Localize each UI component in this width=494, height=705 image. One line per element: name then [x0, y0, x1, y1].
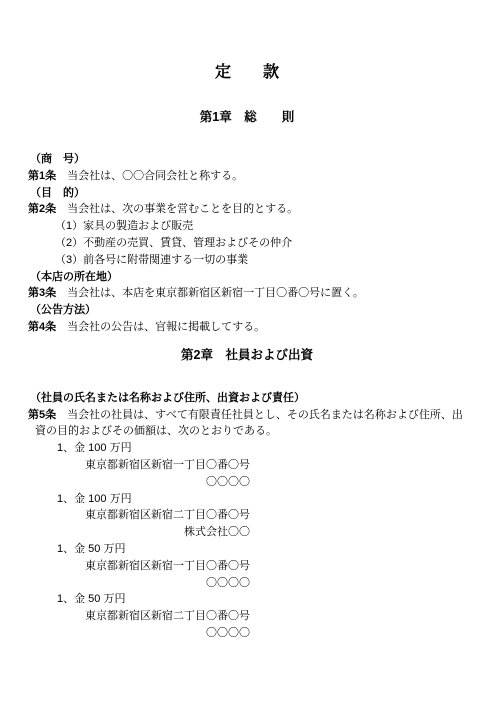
public-notice-caption: （公告方法） [30, 302, 494, 319]
article-5: 第5条当会社の社員は、すべて有限責任社員とし、その氏名または名称および住所、出資… [28, 407, 470, 441]
member-entry-2: 1、金 100 万円 東京都新宿区新宿二丁目〇番〇号 株式会社〇〇 [0, 491, 494, 541]
chapter1-heading: 第1章 総 則 [0, 110, 494, 125]
article-4-number: 第4条 [28, 321, 56, 333]
member-entry-1: 1、金 100 万円 東京都新宿区新宿一丁目〇番〇号 〇〇〇〇 [0, 440, 494, 490]
member-3-name: 〇〇〇〇 [85, 575, 250, 592]
member-2-details: 東京都新宿区新宿二丁目〇番〇号 株式会社〇〇 [85, 507, 250, 541]
trade-name-caption: （商 号） [30, 151, 494, 168]
member-4-address: 東京都新宿区新宿二丁目〇番〇号 [85, 608, 250, 625]
member-entry-4: 1、金 50 万円 東京都新宿区新宿二丁目〇番〇号 〇〇〇〇 [0, 591, 494, 641]
article-1-number: 第1条 [28, 170, 56, 182]
article-2: 第2条当会社は、次の事業を営むことを目的とする。 [28, 201, 470, 218]
member-2-name: 株式会社〇〇 [85, 524, 250, 541]
document-title: 定 款 [0, 63, 494, 83]
document-page: 定 款 第1章 総 則 （商 号） 第1条当会社は、〇〇合同会社と称する。 （目… [0, 0, 494, 705]
member-4-name: 〇〇〇〇 [85, 625, 250, 642]
member-4-details: 東京都新宿区新宿二丁目〇番〇号 〇〇〇〇 [85, 608, 250, 642]
member-1-contribution: 1、金 100 万円 [57, 440, 494, 457]
member-2-address: 東京都新宿区新宿二丁目〇番〇号 [85, 507, 250, 524]
member-entry-3: 1、金 50 万円 東京都新宿区新宿一丁目〇番〇号 〇〇〇〇 [0, 541, 494, 591]
article-5-text: 当会社の社員は、すべて有限責任社員とし、その氏名または名称および住所、出資の目的… [35, 409, 463, 438]
article-1-text: 当会社は、〇〇合同会社と称する。 [67, 170, 243, 182]
purpose-item-1: （1）家具の製造および販売 [55, 218, 494, 235]
member-3-details: 東京都新宿区新宿一丁目〇番〇号 〇〇〇〇 [85, 558, 250, 592]
article-5-number: 第5条 [28, 409, 56, 421]
article-3-text: 当会社は、本店を東京都新宿区新宿一丁目〇番〇号に置く。 [67, 287, 364, 299]
member-1-name: 〇〇〇〇 [85, 474, 250, 491]
article-2-text: 当会社は、次の事業を営むことを目的とする。 [67, 203, 298, 215]
member-4-contribution: 1、金 50 万円 [57, 591, 494, 608]
purpose-item-3: （3）前各号に附帯関連する一切の事業 [55, 252, 494, 269]
article-2-number: 第2条 [28, 203, 56, 215]
article-4-text: 当会社の公告は、官報に掲載してする。 [67, 321, 265, 333]
member-1-address: 東京都新宿区新宿一丁目〇番〇号 [85, 457, 250, 474]
purpose-caption: （目 的） [30, 185, 494, 202]
chapter2-heading: 第2章 社員および出資 [0, 348, 494, 363]
member-1-details: 東京都新宿区新宿一丁目〇番〇号 〇〇〇〇 [85, 457, 250, 491]
article-3: 第3条当会社は、本店を東京都新宿区新宿一丁目〇番〇号に置く。 [28, 285, 470, 302]
member-3-contribution: 1、金 50 万円 [57, 541, 494, 558]
purpose-item-2: （2）不動産の売買、賃貸、管理およびその仲介 [55, 235, 494, 252]
article-3-number: 第3条 [28, 287, 56, 299]
members-article-caption: （社員の氏名または名称および住所、出資および責任） [30, 390, 494, 407]
member-3-address: 東京都新宿区新宿一丁目〇番〇号 [85, 558, 250, 575]
article-4: 第4条当会社の公告は、官報に掲載してする。 [28, 319, 470, 336]
member-2-contribution: 1、金 100 万円 [57, 491, 494, 508]
article-1: 第1条当会社は、〇〇合同会社と称する。 [28, 168, 470, 185]
head-office-caption: （本店の所在地） [30, 269, 494, 286]
